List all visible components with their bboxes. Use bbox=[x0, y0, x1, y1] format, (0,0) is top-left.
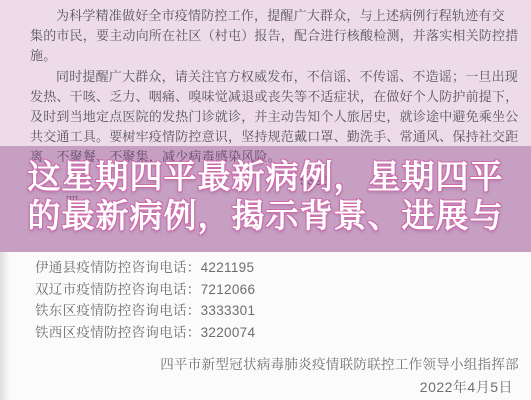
hotline-tiexi: 铁西区疫情防控咨询电话：3220074 bbox=[35, 322, 519, 344]
body-text-line: 为科学精准做好全市疫情防控工作，提醒广大群众，与上述病例行程轨迹有交 bbox=[30, 6, 517, 26]
hotline-yitong: 伊通县疫情防控咨询电话：4221195 bbox=[35, 257, 519, 279]
body-text-line: 施。 bbox=[30, 46, 517, 66]
signature-date: 2022年4月5日 bbox=[35, 375, 519, 399]
body-text-line: 共交通工具。要树牢疫情防控意识，坚持规范戴口罩、勤洗手、常通风、保持社交距 bbox=[30, 127, 517, 147]
page-title-line-1: 这星期四平最新病例，星期四平 bbox=[0, 157, 531, 196]
page-title: 这星期四平最新病例，星期四平 的最新病例，揭示背景、进展与 bbox=[0, 157, 531, 235]
left-edge-shading bbox=[0, 252, 10, 400]
signature: 四平市新型冠状病毒肺炎疫情联防联控工作领导小组指挥部 bbox=[35, 355, 519, 375]
body-text-line: 及时到当地定点医院的发热门诊就诊，并主动告知个人旅居史，就诊途中避免乘坐公 bbox=[30, 107, 517, 127]
page-title-line-2: 的最新病例，揭示背景、进展与 bbox=[0, 196, 531, 235]
body-text-line: 同时提醒广大群众，请关注官方权威发布，不信谣、不传谣、不造谣；一旦出现 bbox=[30, 67, 517, 87]
hotline-section: 伊通县疫情防控咨询电话：4221195 双辽市疫情防控咨询电话：7212066 … bbox=[0, 252, 531, 400]
hotline-shuangliao: 双辽市疫情防控咨询电话：7212066 bbox=[35, 279, 519, 301]
notice-document: 为科学精准做好全市疫情防控工作，提醒广大群众，与上述病例行程轨迹有交 集的市民，… bbox=[0, 0, 531, 400]
body-text-line: 发热、干咳、乏力、咽痛、嗅味觉减退或丧失等不适症状，在做好个人防护前提下， bbox=[30, 87, 517, 107]
hotline-tiedong: 铁东区疫情防控咨询电话：3333301 bbox=[35, 300, 519, 322]
body-text-line: 集的市民，要主动向所在社区（村屯）报告，配合进行核酸检测，并落实相关防控措 bbox=[30, 26, 517, 46]
